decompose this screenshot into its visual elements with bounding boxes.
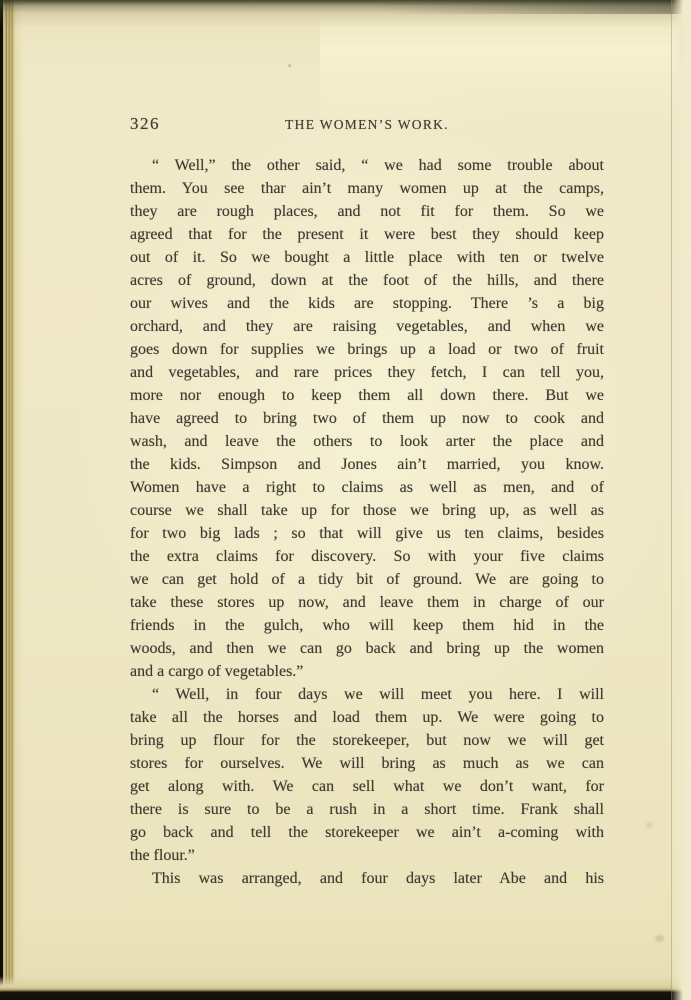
paper-sheen <box>320 14 680 129</box>
text-line: get along with. We can sell what we don’… <box>130 775 604 798</box>
text-line: orchard, and they are raising vegetables… <box>130 315 604 338</box>
text-line: take these stores up now, and leave them… <box>130 591 604 614</box>
binding-gutter-edge <box>0 0 24 1000</box>
text-line: them. You see thar ain’t many women up a… <box>130 177 604 200</box>
text-line: “ Well, in four days we will meet you he… <box>130 683 604 706</box>
text-line: there is sure to be a rush in a short ti… <box>130 798 604 821</box>
text-line: goes down for supplies we brings up a lo… <box>130 338 604 361</box>
text-line: “ Well,” the other said, “ we had some t… <box>130 154 604 177</box>
text-line: the extra claims for discovery. So with … <box>130 545 604 568</box>
text-line: have agreed to bring two of them up now … <box>130 407 604 430</box>
text-line: bring up flour for the storekeeper, but … <box>130 729 604 752</box>
scanned-book-page: 326 THE WOMEN’S WORK. “ Well,” the other… <box>0 0 691 1000</box>
page-right-edge <box>671 0 691 1000</box>
text-line: and a cargo of vegetables.” <box>130 660 604 683</box>
text-line: they are rough places, and not fit for t… <box>130 200 604 223</box>
text-line: our wives and the kids are stopping. The… <box>130 292 604 315</box>
running-header: THE WOMEN’S WORK. <box>130 117 604 133</box>
text-line: This was arranged, and four days later A… <box>130 867 604 890</box>
text-line: course we shall take up for those we bri… <box>130 499 604 522</box>
text-line: acres of ground, down at the foot of the… <box>130 269 604 292</box>
text-line: for two big lads ; so that will give us … <box>130 522 604 545</box>
text-line: stores for ourselves. We will bring as m… <box>130 752 604 775</box>
text-line: take all the horses and load them up. We… <box>130 706 604 729</box>
text-line: agreed that for the present it were best… <box>130 223 604 246</box>
paper-speck <box>288 64 291 67</box>
page-bottom-edge <box>0 976 691 1000</box>
text-line: out of it. So we bought a little place w… <box>130 246 604 269</box>
page-header: 326 THE WOMEN’S WORK. <box>130 114 604 138</box>
page-top-shadow <box>0 0 691 28</box>
text-line: go back and tell the storekeeper we ain’… <box>130 821 604 844</box>
text-line: the flour.” <box>130 844 604 867</box>
text-line: wash, and leave the others to look arter… <box>130 430 604 453</box>
text-line: Women have a right to claims as well as … <box>130 476 604 499</box>
text-line: woods, and then we can go back and bring… <box>130 637 604 660</box>
body-text: “ Well,” the other said, “ we had some t… <box>130 154 604 890</box>
paper-speck <box>646 822 653 828</box>
text-line: more nor enough to keep them all down th… <box>130 384 604 407</box>
text-line: friends in the gulch, who will keep them… <box>130 614 604 637</box>
text-line: the kids. Simpson and Jones ain’t marrie… <box>130 453 604 476</box>
paper-speck <box>655 935 664 942</box>
text-line: and vegetables, and rare prices they fet… <box>130 361 604 384</box>
text-line: we can get hold of a tidy bit of ground.… <box>130 568 604 591</box>
